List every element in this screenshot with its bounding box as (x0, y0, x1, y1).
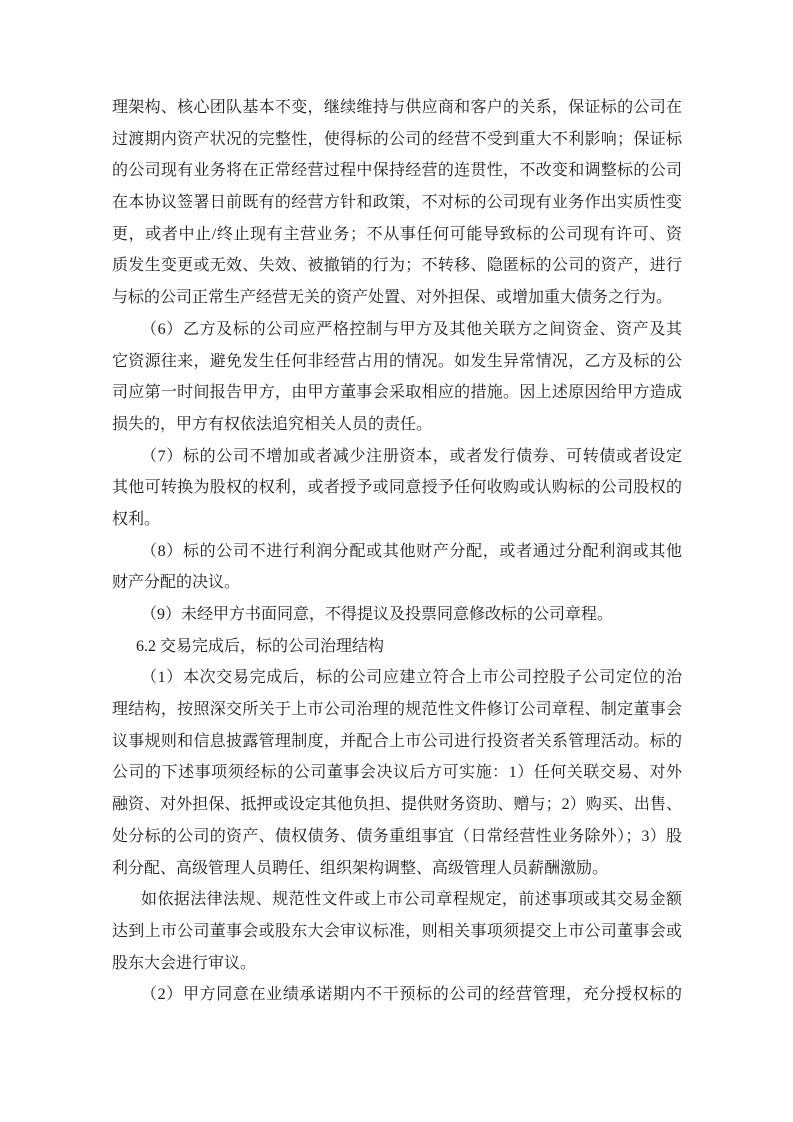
text-line: 它资源往来，避免发生任何非经营占用的情况。如发生异常情况，乙方及标的公 (112, 346, 682, 378)
text-line: 司应第一时间报告甲方，由甲方董事会采取相应的措施。因上述原因给甲方造成 (112, 377, 682, 409)
text-line: 理架构、核心团队基本不变，继续维持与供应商和客户的关系，保证标的公司在 (112, 92, 682, 124)
text-line: （1）本次交易完成后，标的公司应建立符合上市公司控股子公司定位的治 (112, 662, 682, 694)
text-line: （7）标的公司不增加或者减少注册资本，或者发行债券、可转债或者设定 (112, 441, 682, 473)
paragraph: （7）标的公司不增加或者减少注册资本，或者发行债券、可转债或者设定其他可转换为股… (112, 441, 682, 536)
text-line: 股东大会进行审议。 (112, 948, 682, 980)
text-line: 利分配、高级管理人员聘任、组织架构调整、高级管理人员薪酬激励。 (112, 853, 682, 885)
text-line: 公司的下述事项须经标的公司董事会决议后方可实施：1）任何关联交易、对外 (112, 757, 682, 789)
paragraph: 理架构、核心团队基本不变，继续维持与供应商和客户的关系，保证标的公司在过渡期内资… (112, 92, 682, 314)
text-line: （6）乙方及标的公司应严格控制与甲方及其他关联方之间资金、资产及其 (112, 314, 682, 346)
text-line: 融资、对外担保、抵押或设定其他负担、提供财务资助、赠与；2）购买、出售、 (112, 789, 682, 821)
paragraph: （8）标的公司不进行利润分配或其他财产分配，或者通过分配利润或其他财产分配的决议… (112, 536, 682, 599)
paragraph: 如依据法律法规、规范性文件或上市公司章程规定，前述事项或其交易金额达到上市公司董… (112, 884, 682, 979)
text-line: 财产分配的决议。 (112, 567, 682, 599)
text-line: 达到上市公司董事会或股东大会审议标准，则相关事项须提交上市公司董事会或 (112, 916, 682, 948)
text-line: （2）甲方同意在业绩承诺期内不干预标的公司的经营管理，充分授权标的 (112, 979, 682, 1011)
text-line: （8）标的公司不进行利润分配或其他财产分配，或者通过分配利润或其他 (112, 536, 682, 568)
text-line: 6.2 交易完成后，标的公司治理结构 (112, 631, 682, 663)
text-line: 质发生变更或无效、失效、被撤销的行为；不转移、隐匿标的公司的资产，进行 (112, 250, 682, 282)
text-line: 其他可转换为股权的权利，或者授予或同意授予任何收购或认购标的公司股权的 (112, 472, 682, 504)
text-line: 过渡期内资产状况的完整性，使得标的公司的经营不受到重大不利影响；保证标 (112, 124, 682, 156)
text-line: 如依据法律法规、规范性文件或上市公司章程规定，前述事项或其交易金额 (112, 884, 682, 916)
text-line: 在本协议签署日前既有的经营方针和政策，不对标的公司现有业务作出实质性变 (112, 187, 682, 219)
document-page: 理架构、核心团队基本不变，继续维持与供应商和客户的关系，保证标的公司在过渡期内资… (0, 0, 793, 1122)
paragraph: （2）甲方同意在业绩承诺期内不干预标的公司的经营管理，充分授权标的 (112, 979, 682, 1011)
text-line: 损失的，甲方有权依法追究相关人员的责任。 (112, 409, 682, 441)
text-line: 的公司现有业务将在正常经营过程中保持经营的连贯性，不改变和调整标的公司 (112, 155, 682, 187)
text-line: （9）未经甲方书面同意，不得提议及投票同意修改标的公司章程。 (112, 599, 682, 631)
text-line: 处分标的公司的资产、债权债务、债务重组事宜（日常经营性业务除外）；3）股 (112, 821, 682, 853)
text-line: 议事规则和信息披露管理制度，并配合上市公司进行投资者关系管理活动。标的 (112, 726, 682, 758)
text-line: 理结构，按照深交所关于上市公司治理的规范性文件修订公司章程、制定董事会 (112, 694, 682, 726)
text-line: 更，或者中止/终止现有主营业务；不从事任何可能导致标的公司现有许可、资 (112, 219, 682, 251)
paragraph: （1）本次交易完成后，标的公司应建立符合上市公司控股子公司定位的治理结构，按照深… (112, 662, 682, 884)
text-block: 理架构、核心团队基本不变，继续维持与供应商和客户的关系，保证标的公司在过渡期内资… (112, 92, 682, 1011)
paragraph: 6.2 交易完成后，标的公司治理结构 (112, 631, 682, 663)
text-line: 与标的公司正常生产经营无关的资产处置、对外担保、或增加重大债务之行为。 (112, 282, 682, 314)
text-line: 权利。 (112, 504, 682, 536)
paragraph: （6）乙方及标的公司应严格控制与甲方及其他关联方之间资金、资产及其它资源往来，避… (112, 314, 682, 441)
paragraph: （9）未经甲方书面同意，不得提议及投票同意修改标的公司章程。 (112, 599, 682, 631)
